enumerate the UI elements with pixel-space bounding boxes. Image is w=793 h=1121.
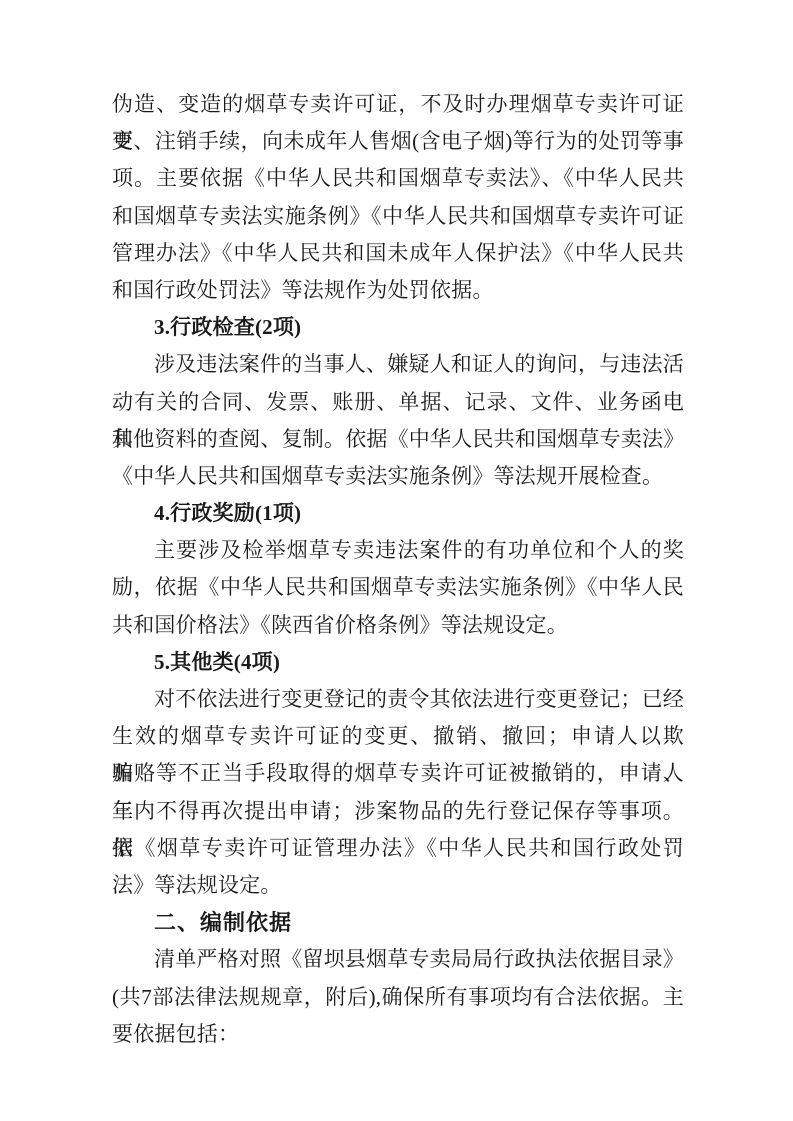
text-line: 要依据包括： — [112, 1016, 684, 1053]
text-line: 项。主要依据《中华人民共和国烟草专卖法》、《中华人民共 — [112, 160, 684, 197]
text-line: 管理办法》《中华人民共和国未成年人保护法》《中华人民共 — [112, 235, 684, 272]
text-line: 法》等法规设定。 — [112, 867, 684, 904]
text-line: 更、注销手续，向未成年人售烟(含电子烟)等行为的处罚等事 — [112, 123, 684, 160]
text-line: 共和国价格法》《陕西省价格条例》等法规设定。 — [112, 607, 684, 644]
text-line: 励，依据《中华人民共和国烟草专卖法实施条例》《中华人民 — [112, 569, 684, 606]
text-line: 年内不得再次提出申请；涉案物品的先行登记保存等事项。依 — [112, 793, 684, 830]
heading-administrative-inspection: 3.行政检查(2项) — [112, 309, 684, 346]
text-line: 主要涉及检举烟草专卖违法案件的有功单位和个人的奖 — [112, 532, 684, 569]
text-line: 生效的烟草专卖许可证的变更、撤销、撤回；申请人以欺骗、 — [112, 718, 684, 755]
text-line: 其他资料的查阅、复制。依据《中华人民共和国烟草专卖法》 — [112, 421, 684, 458]
text-line: 和国行政处罚法》等法规作为处罚依据。 — [112, 272, 684, 309]
heading-compilation-basis: 二、编制依据 — [112, 904, 684, 941]
text-line: 据《烟草专卖许可证管理办法》《中华人民共和国行政处罚 — [112, 830, 684, 867]
text-line: 《中华人民共和国烟草专卖法实施条例》等法规开展检查。 — [112, 458, 684, 495]
document-page: 伪造、变造的烟草专卖许可证，不及时办理烟草专卖许可证变 更、注销手续，向未成年人… — [0, 0, 793, 1121]
text-line: 动有关的合同、发票、账册、单据、记录、文件、业务函电和 — [112, 384, 684, 421]
text-line: 清单严格对照《留坝县烟草专卖局局行政执法依据目录》 — [112, 941, 684, 978]
text-line: 对不依法进行变更登记的责令其依法进行变更登记；已经 — [112, 681, 684, 718]
heading-administrative-reward: 4.行政奖励(1项) — [112, 495, 684, 532]
text-line: (共7部法律法规规章，附后),确保所有事项均有合法依据。主 — [112, 979, 684, 1016]
text-line: 和国烟草专卖法实施条例》《中华人民共和国烟草专卖许可证 — [112, 198, 684, 235]
text-line: 贿赂等不正当手段取得的烟草专卖许可证被撤销的，申请人三 — [112, 755, 684, 792]
heading-other-category: 5.其他类(4项) — [112, 644, 684, 681]
text-line: 涉及违法案件的当事人、嫌疑人和证人的询问，与违法活 — [112, 346, 684, 383]
document-text-block: 伪造、变造的烟草专卖许可证，不及时办理烟草专卖许可证变 更、注销手续，向未成年人… — [112, 86, 684, 1053]
text-line: 伪造、变造的烟草专卖许可证，不及时办理烟草专卖许可证变 — [112, 86, 684, 123]
